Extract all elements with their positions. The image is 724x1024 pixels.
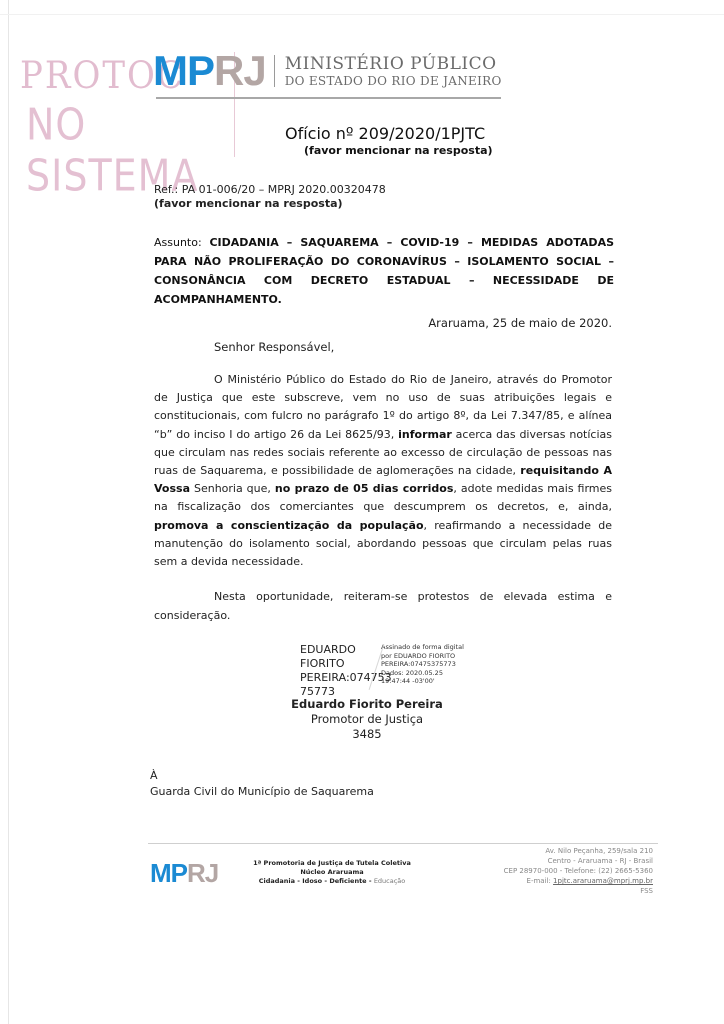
logo-mp: MP xyxy=(153,50,214,92)
recipient-block: À Guarda Civil do Município de Saquarema xyxy=(150,768,374,800)
footer-office-info: 1ª Promotoria de Justiça de Tutela Colet… xyxy=(252,859,412,886)
mprj-footer-logo: MPRJ xyxy=(150,858,218,889)
date-line: Araruama, 25 de maio de 2020. xyxy=(428,316,612,330)
email-label: E-mail: xyxy=(527,877,554,885)
org-name-line-2: DO ESTADO DO RIO DE JANEIRO xyxy=(285,74,502,88)
footer-logo-rj: RJ xyxy=(187,858,218,888)
footer-address: Av. Nilo Peçanha, 259/sala 210 Centro - … xyxy=(490,846,653,896)
signer-code: 3485 xyxy=(5,727,724,742)
oficio-note: (favor mencionar na resposta) xyxy=(304,144,493,157)
footer-office-areas: Cidadania - Idoso - Deficiente - Educaçã… xyxy=(252,877,412,886)
reference-line: Ref.: PA 01-006/20 – MPRJ 2020.00320478 xyxy=(154,183,386,197)
footer-divider xyxy=(148,843,658,844)
initials: FSS xyxy=(490,886,653,896)
org-name-line-1: MINISTÉRIO PÚBLICO xyxy=(285,54,502,74)
body-bold: informar xyxy=(398,428,452,441)
email-link[interactable]: 1pjtc.araruama@mprj.mp.br xyxy=(553,877,653,885)
recipient-prefix: À xyxy=(150,768,374,784)
footer-office-nucleus: Núcleo Araruama xyxy=(252,868,412,877)
footer-areas-text: Cidadania - Idoso - Deficiente - xyxy=(259,877,374,885)
mprj-header-logo: MPRJ MINISTÉRIO PÚBLICO DO ESTADO DO RIO… xyxy=(153,50,502,92)
digital-signature: EDUARDO FIORITO PEREIRA:074753 75773 Ass… xyxy=(300,643,466,699)
footer-areas-extra: Educação xyxy=(374,877,405,885)
logo-separator xyxy=(274,55,275,87)
signer-name: Eduardo Fiorito Pereira xyxy=(5,697,724,712)
body-paragraph: O Ministério Público do Estado do Rio de… xyxy=(154,371,612,571)
footer-office-name: 1ª Promotoria de Justiça de Tutela Colet… xyxy=(252,859,412,868)
subject-block: Assunto: CIDADANIA – SAQUAREMA – COVID-1… xyxy=(154,233,614,309)
signer-role: Promotor de Justiça xyxy=(5,712,724,727)
email-line: E-mail: 1pjtc.araruama@mprj.mp.br xyxy=(490,876,653,886)
subject-label: Assunto: xyxy=(154,236,202,249)
body-bold: no prazo de 05 dias corridos xyxy=(275,482,454,495)
subject-text: CIDADANIA – SAQUAREMA – COVID-19 – MEDID… xyxy=(154,236,614,306)
recipient-name: Guarda Civil do Município de Saquarema xyxy=(150,784,374,800)
salutation: Senhor Responsável, xyxy=(214,340,334,354)
reference-block: Ref.: PA 01-006/20 – MPRJ 2020.00320478 … xyxy=(154,183,386,211)
closing-paragraph: Nesta oportunidade, reiteram-se protesto… xyxy=(154,588,612,625)
header-divider xyxy=(156,97,501,99)
page-edge xyxy=(8,0,9,1024)
address-line-3: CEP 28970-000 - Telefone: (22) 2665-5360 xyxy=(490,866,653,876)
logo-rj: RJ xyxy=(214,50,266,92)
page-edge-top xyxy=(0,14,724,15)
footer-logo-mp: MP xyxy=(150,858,187,888)
signature-name-block: EDUARDO FIORITO PEREIRA:074753 75773 xyxy=(300,643,372,699)
reference-note: (favor mencionar na resposta) xyxy=(154,197,386,211)
oficio-number: Ofício nº 209/2020/1PJTC xyxy=(285,124,485,143)
signer-block: Eduardo Fiorito Pereira Promotor de Just… xyxy=(0,697,724,742)
body-text: Senhoria que, xyxy=(190,482,275,495)
org-name: MINISTÉRIO PÚBLICO DO ESTADO DO RIO DE J… xyxy=(285,54,502,88)
address-line-2: Centro - Araruama - RJ - Brasil xyxy=(490,856,653,866)
address-line-1: Av. Nilo Peçanha, 259/sala 210 xyxy=(490,846,653,856)
body-bold: promova a conscientização da população xyxy=(154,519,424,532)
signature-metadata: Assinado de forma digital por EDUARDO FI… xyxy=(381,643,466,699)
